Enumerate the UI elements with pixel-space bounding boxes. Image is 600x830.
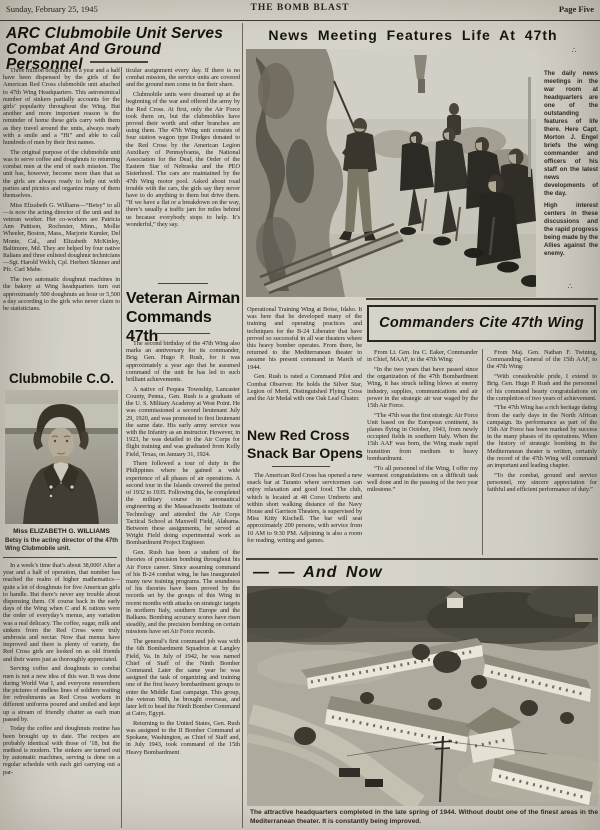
- and-now-headline: — — And Now: [253, 564, 453, 582]
- paper-title: THE BOMB BLAST: [0, 3, 600, 13]
- paragraph: “The 47th Wing has a rich heritage datin…: [487, 404, 597, 469]
- arc-headline-line1: ARC Clubmobile Unit Serves: [6, 26, 242, 42]
- commanders-left-column: From Lt. Gen. Ira C. Eaker, Commander in…: [367, 349, 478, 557]
- snackbar-headline-line1: New Red Cross: [247, 427, 363, 445]
- veteran-column-3: Operational Training Wing at Boise, Idah…: [247, 306, 362, 423]
- column-rule-left: [121, 67, 122, 828]
- caption-rule: [3, 557, 117, 558]
- arc-headline-rule: [90, 61, 148, 63]
- paragraph: A native of Pequea Township, Lancaster C…: [126, 386, 240, 458]
- news-meeting-headline: News Meeting Features Life At 47th: [246, 27, 580, 43]
- news-photo-caption: The daily news meetings in the war room …: [544, 70, 598, 278]
- paragraph: Miss Elizabeth G. Williams—“Betsy” to al…: [3, 202, 120, 274]
- williams-portrait-photo: [5, 390, 118, 524]
- news-meeting-photo: [246, 49, 536, 297]
- paragraph: The daily news meetings in the war room …: [544, 70, 598, 198]
- paragraph: Gen. Rush has been a student of the theo…: [126, 549, 240, 635]
- commanders-headline: Commanders Cite 47th Wing: [369, 307, 594, 340]
- page-number: Page Five: [559, 4, 594, 14]
- paragraph: From Maj. Gen. Nathan F. Twining, Comman…: [487, 349, 597, 371]
- arc-column-1-bottom: In a week’s time that’s about 38,000! Af…: [3, 562, 120, 828]
- veteran-headline-line1: Veteran Airman: [126, 289, 243, 308]
- paragraph: “The 47th was the first strategic Air Fo…: [367, 412, 478, 462]
- paragraph: Operational Training Wing at Boise, Idah…: [247, 306, 362, 371]
- paragraph: The American Red Cross has opened a new …: [247, 472, 362, 544]
- snackbar-headline-rule: [272, 466, 330, 467]
- newspaper-page: Sunday, February 25, 1945 THE BOMB BLAST…: [0, 0, 600, 830]
- snackbar-headline: New Red Cross Snack Bar Opens: [247, 427, 363, 462]
- paragraph: The general’s first command job was with…: [126, 638, 240, 717]
- paragraph: Serving coffee and doughnuts to combat m…: [3, 665, 120, 723]
- commanders-box: Commanders Cite 47th Wing: [367, 305, 596, 342]
- ornament-bottom: ∴: [544, 282, 598, 291]
- arc-column-1-top: Three million doughnuts in a year and a …: [3, 67, 120, 367]
- ornament-top: ∴: [552, 46, 598, 55]
- paragraph: The two automatic doughnut machines in t…: [3, 276, 120, 312]
- paragraph: “In the two years that have passed since…: [367, 366, 478, 409]
- masthead: Sunday, February 25, 1945 THE BOMB BLAST…: [0, 0, 600, 21]
- williams-caption-text: Betsy is the acting director of the 47th…: [5, 537, 118, 552]
- paragraph: The second birthday of the 47th Wing als…: [126, 340, 240, 383]
- paragraph: ticular assignment every day. If there i…: [126, 67, 240, 89]
- veteran-headline-rule: [155, 333, 210, 334]
- arc-column-2: ticular assignment every day. If there i…: [126, 67, 240, 279]
- paragraph: Three million doughnuts in a year and a …: [3, 67, 120, 146]
- arc-headline: ARC Clubmobile Unit Serves Combat And Gr…: [6, 26, 242, 73]
- commanders-right-column: From Maj. Gen. Nathan F. Twining, Comman…: [487, 349, 597, 559]
- paragraph: There followed a tour of duty in the Phi…: [126, 460, 240, 546]
- paragraph: Today the coffee and doughnuts routine h…: [3, 725, 120, 775]
- paragraph: From Lt. Gen. Ira C. Eaker, Commander in…: [367, 349, 478, 363]
- paragraph: High interest centers in these discussio…: [544, 202, 598, 258]
- veteran-column-2: The second birthday of the 47th Wing als…: [126, 340, 240, 828]
- williams-caption-name: Miss ELIZABETH G. WILLIAMS: [3, 528, 120, 535]
- section-rule-main: [242, 23, 243, 828]
- paragraph: Gen. Rush is rated a Command Pilot and C…: [247, 373, 362, 402]
- paragraph: The original purpose of the clubmobile u…: [3, 149, 120, 199]
- commanders-column-rule: [482, 349, 483, 555]
- headquarters-caption: The attractive headquarters completed in…: [250, 809, 598, 826]
- clubmobile-co-headline: Clubmobile C.O.: [3, 371, 120, 386]
- commanders-rule-top: [366, 298, 598, 300]
- veteran-headline: Veteran Airman Commands 47th: [126, 289, 243, 346]
- paragraph: Clubmobile units were dreamed up at the …: [126, 91, 240, 228]
- paragraph: “With considerable pride, I extend to Br…: [487, 373, 597, 402]
- snackbar-text: The American Red Cross has opened a new …: [247, 472, 362, 557]
- paragraph: “To all personnel of the Wing, I offer m…: [367, 465, 478, 494]
- section-divider-rule: [246, 558, 598, 560]
- paragraph: “To the combat, ground and service perso…: [487, 472, 597, 494]
- snackbar-headline-line2: Snack Bar Opens: [247, 445, 363, 463]
- paragraph: In a week’s time that’s about 38,000! Af…: [3, 562, 120, 663]
- paragraph: Returning to the United States, Gen. Rus…: [126, 720, 240, 756]
- article-end-rule: [158, 283, 208, 284]
- headquarters-photo: [247, 586, 598, 806]
